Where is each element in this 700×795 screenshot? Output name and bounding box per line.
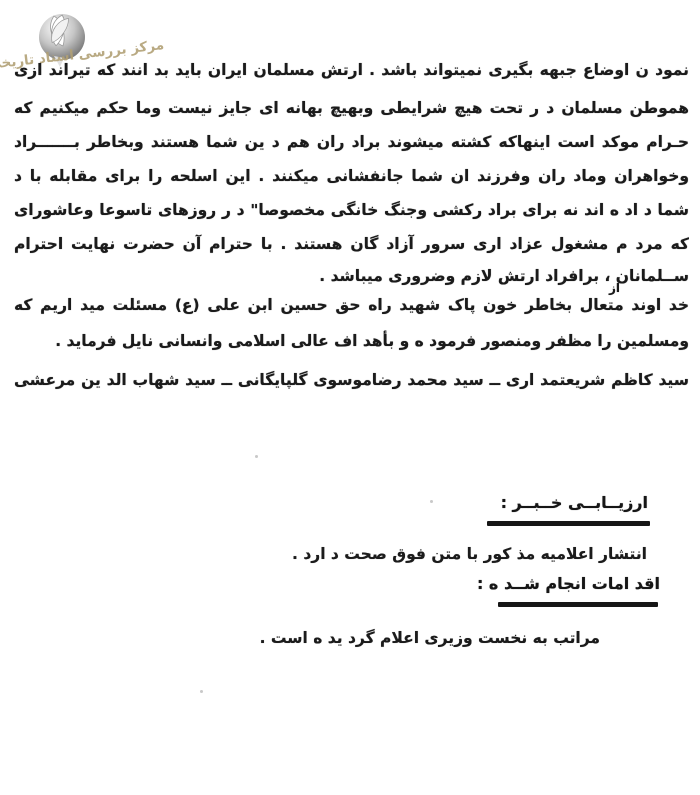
assessment-text: انتشار اعلامیه مذ کور با متن فوق صحت د ا… xyxy=(292,545,647,563)
assessment-heading: ارزیــابــی خــبــر : xyxy=(501,493,648,512)
paper-speck xyxy=(255,455,258,458)
letter-line-9: ومسلمین را مظفر ومنصور فرمود ه و بأهد اف… xyxy=(14,329,689,356)
signatures-line: سید کاظم شریعتمد اری ــ سید محمد رضاموسو… xyxy=(14,368,689,395)
letter-line-6: که مرد م مشغول عزاد اری سرور آزاد گان هس… xyxy=(14,232,689,259)
paper-speck xyxy=(200,690,203,693)
scanned-document-page: مرکز بررسی اسناد تاریخی نمود ن اوضاع جبه… xyxy=(0,0,700,795)
document-text-layer: نمود ن اوضاع جبهه بگیری نمیتواند باشد . … xyxy=(0,0,700,795)
paper-speck xyxy=(430,500,433,503)
assessment-heading-underline xyxy=(487,521,650,526)
letter-line-1: نمود ن اوضاع جبهه بگیری نمیتواند باشد . … xyxy=(14,58,689,85)
actions-text: مراتب به نخست وزیری اعلام گرد ید ه است . xyxy=(260,629,600,647)
letter-line-4: وخواهران وماد ران وفرزند ان شما جانفشانی… xyxy=(14,164,689,191)
letter-line-2: هموطن مسلمان د ر تحت هیچ شرایطی وبهیچ به… xyxy=(14,96,689,123)
letter-line-5: شما د اد ه اند نه برای براد رکشی وجنگ خا… xyxy=(14,198,689,225)
actions-heading: اقد امات انجام شــد ه : xyxy=(477,574,660,593)
letter-line-8: خد اوند متعال بخاطر خون پاک شهید راه حق … xyxy=(14,293,689,320)
actions-heading-underline xyxy=(498,602,658,607)
letter-line-3: حـرام موکد است اینهاکه کشته میشوند براد … xyxy=(14,130,689,157)
